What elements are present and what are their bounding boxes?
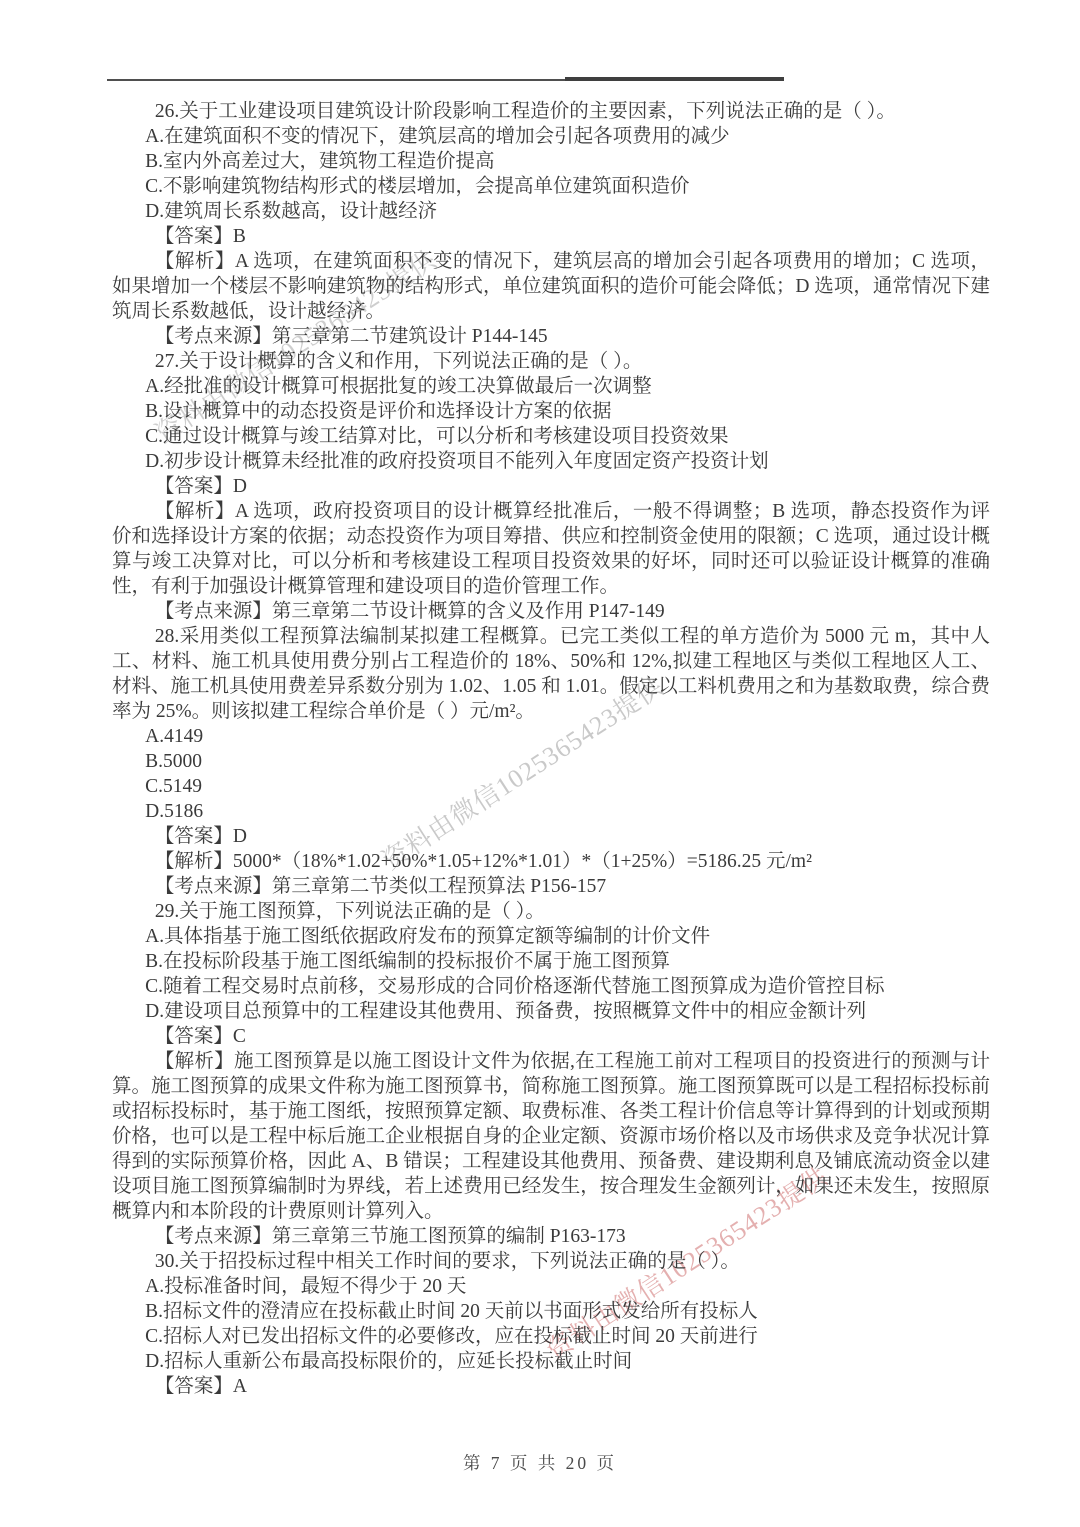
question-option: B.5000 [112, 749, 990, 774]
question-option: D.招标人重新公布最高投标限价的，应延长投标截止时间 [112, 1349, 990, 1374]
question-option: D.建设项目总预算中的工程建设其他费用、预备费，按照概算文件中的相应金额计列 [112, 999, 990, 1024]
analysis-paragraph: 【解析】A 选项，政府投资项目的设计概算经批准后，一般不得调整；B 选项，静态投… [112, 499, 990, 599]
question-option: A.4149 [112, 724, 990, 749]
question-option: D.5186 [112, 799, 990, 824]
source-line: 【考点来源】第三章第三节施工图预算的编制 P163-173 [112, 1224, 990, 1249]
question-block: 27.关于设计概算的含义和作用，下列说法正确的是（ ）。A.经批准的设计概算可根… [112, 349, 990, 624]
question-stem: 30.关于招投标过程中相关工作时间的要求，下列说法正确的是（ ）。 [112, 1249, 990, 1274]
source-line: 【考点来源】第三章第二节设计概算的含义及作用 P147-149 [112, 599, 990, 624]
question-block: 30.关于招投标过程中相关工作时间的要求，下列说法正确的是（ ）。A.投标准备时… [112, 1249, 990, 1399]
question-option: A.经批准的设计概算可根据批复的竣工决算做最后一次调整 [112, 374, 990, 399]
question-option: D.建筑周长系数越高，设计越经济 [112, 199, 990, 224]
question-option: B.在投标阶段基于施工图纸编制的投标报价不属于施工图预算 [112, 949, 990, 974]
question-option: B.设计概算中的动态投资是评价和选择设计方案的依据 [112, 399, 990, 424]
answer-line: 【答案】C [112, 1024, 990, 1049]
question-option: D.初步设计概算未经批准的政府投资项目不能列入年度固定资产投资计划 [112, 449, 990, 474]
question-stem: 26.关于工业建设项目建筑设计阶段影响工程造价的主要因素，下列说法正确的是（ ）… [112, 99, 990, 124]
source-line: 【考点来源】第三章第二节建筑设计 P144-145 [112, 324, 990, 349]
header-rule-thick-segment [565, 77, 784, 81]
answer-line: 【答案】D [112, 474, 990, 499]
exam-questions-content: 26.关于工业建设项目建筑设计阶段影响工程造价的主要因素，下列说法正确的是（ ）… [112, 99, 990, 1399]
question-option: C.招标人对已发出招标文件的必要修改，应在投标截止时间 20 天前进行 [112, 1324, 990, 1349]
question-stem: 27.关于设计概算的含义和作用，下列说法正确的是（ ）。 [112, 349, 990, 374]
question-option: B.室内外高差过大，建筑物工程造价提高 [112, 149, 990, 174]
question-option: C.不影响建筑物结构形式的楼层增加，会提高单位建筑面积造价 [112, 174, 990, 199]
question-option: C.5149 [112, 774, 990, 799]
analysis-paragraph: 【解析】5000*（18%*1.02+50%*1.05+12%*1.01）*（1… [112, 849, 990, 874]
analysis-paragraph: 【解析】施工图预算是以施工图设计文件为依据,在工程施工前对工程项目的投资进行的预… [112, 1049, 990, 1224]
document-page: 资料由微信1025365423提供 资料由微信1025365423提供 资料由微… [0, 0, 1080, 1527]
question-option: A.具体指基于施工图纸依据政府发布的预算定额等编制的计价文件 [112, 924, 990, 949]
question-option: A.在建筑面积不变的情况下，建筑层高的增加会引起各项费用的减少 [112, 124, 990, 149]
answer-line: 【答案】A [112, 1374, 990, 1399]
answer-line: 【答案】D [112, 824, 990, 849]
question-option: B.招标文件的澄清应在投标截止时间 20 天前以书面形式发给所有投标人 [112, 1299, 990, 1324]
question-stem: 28.采用类似工程预算法编制某拟建工程概算。已完工类似工程的单方造价为 5000… [112, 624, 990, 724]
question-option: C.随着工程交易时点前移，交易形成的合同价格逐渐代替施工图预算成为造价管控目标 [112, 974, 990, 999]
question-block: 26.关于工业建设项目建筑设计阶段影响工程造价的主要因素，下列说法正确的是（ ）… [112, 99, 990, 349]
question-stem: 29.关于施工图预算，下列说法正确的是（ ）。 [112, 899, 990, 924]
page-footer: 第 7 页 共 20 页 [0, 1450, 1080, 1475]
question-option: C.通过设计概算与竣工结算对比，可以分析和考核建设项目投资效果 [112, 424, 990, 449]
analysis-paragraph: 【解析】A 选项，在建筑面积不变的情况下，建筑层高的增加会引起各项费用的增加；C… [112, 249, 990, 324]
question-block: 28.采用类似工程预算法编制某拟建工程概算。已完工类似工程的单方造价为 5000… [112, 624, 990, 899]
source-line: 【考点来源】第三章第二节类似工程预算法 P156-157 [112, 874, 990, 899]
question-option: A.投标准备时间，最短不得少于 20 天 [112, 1274, 990, 1299]
question-block: 29.关于施工图预算，下列说法正确的是（ ）。A.具体指基于施工图纸依据政府发布… [112, 899, 990, 1249]
answer-line: 【答案】B [112, 224, 990, 249]
